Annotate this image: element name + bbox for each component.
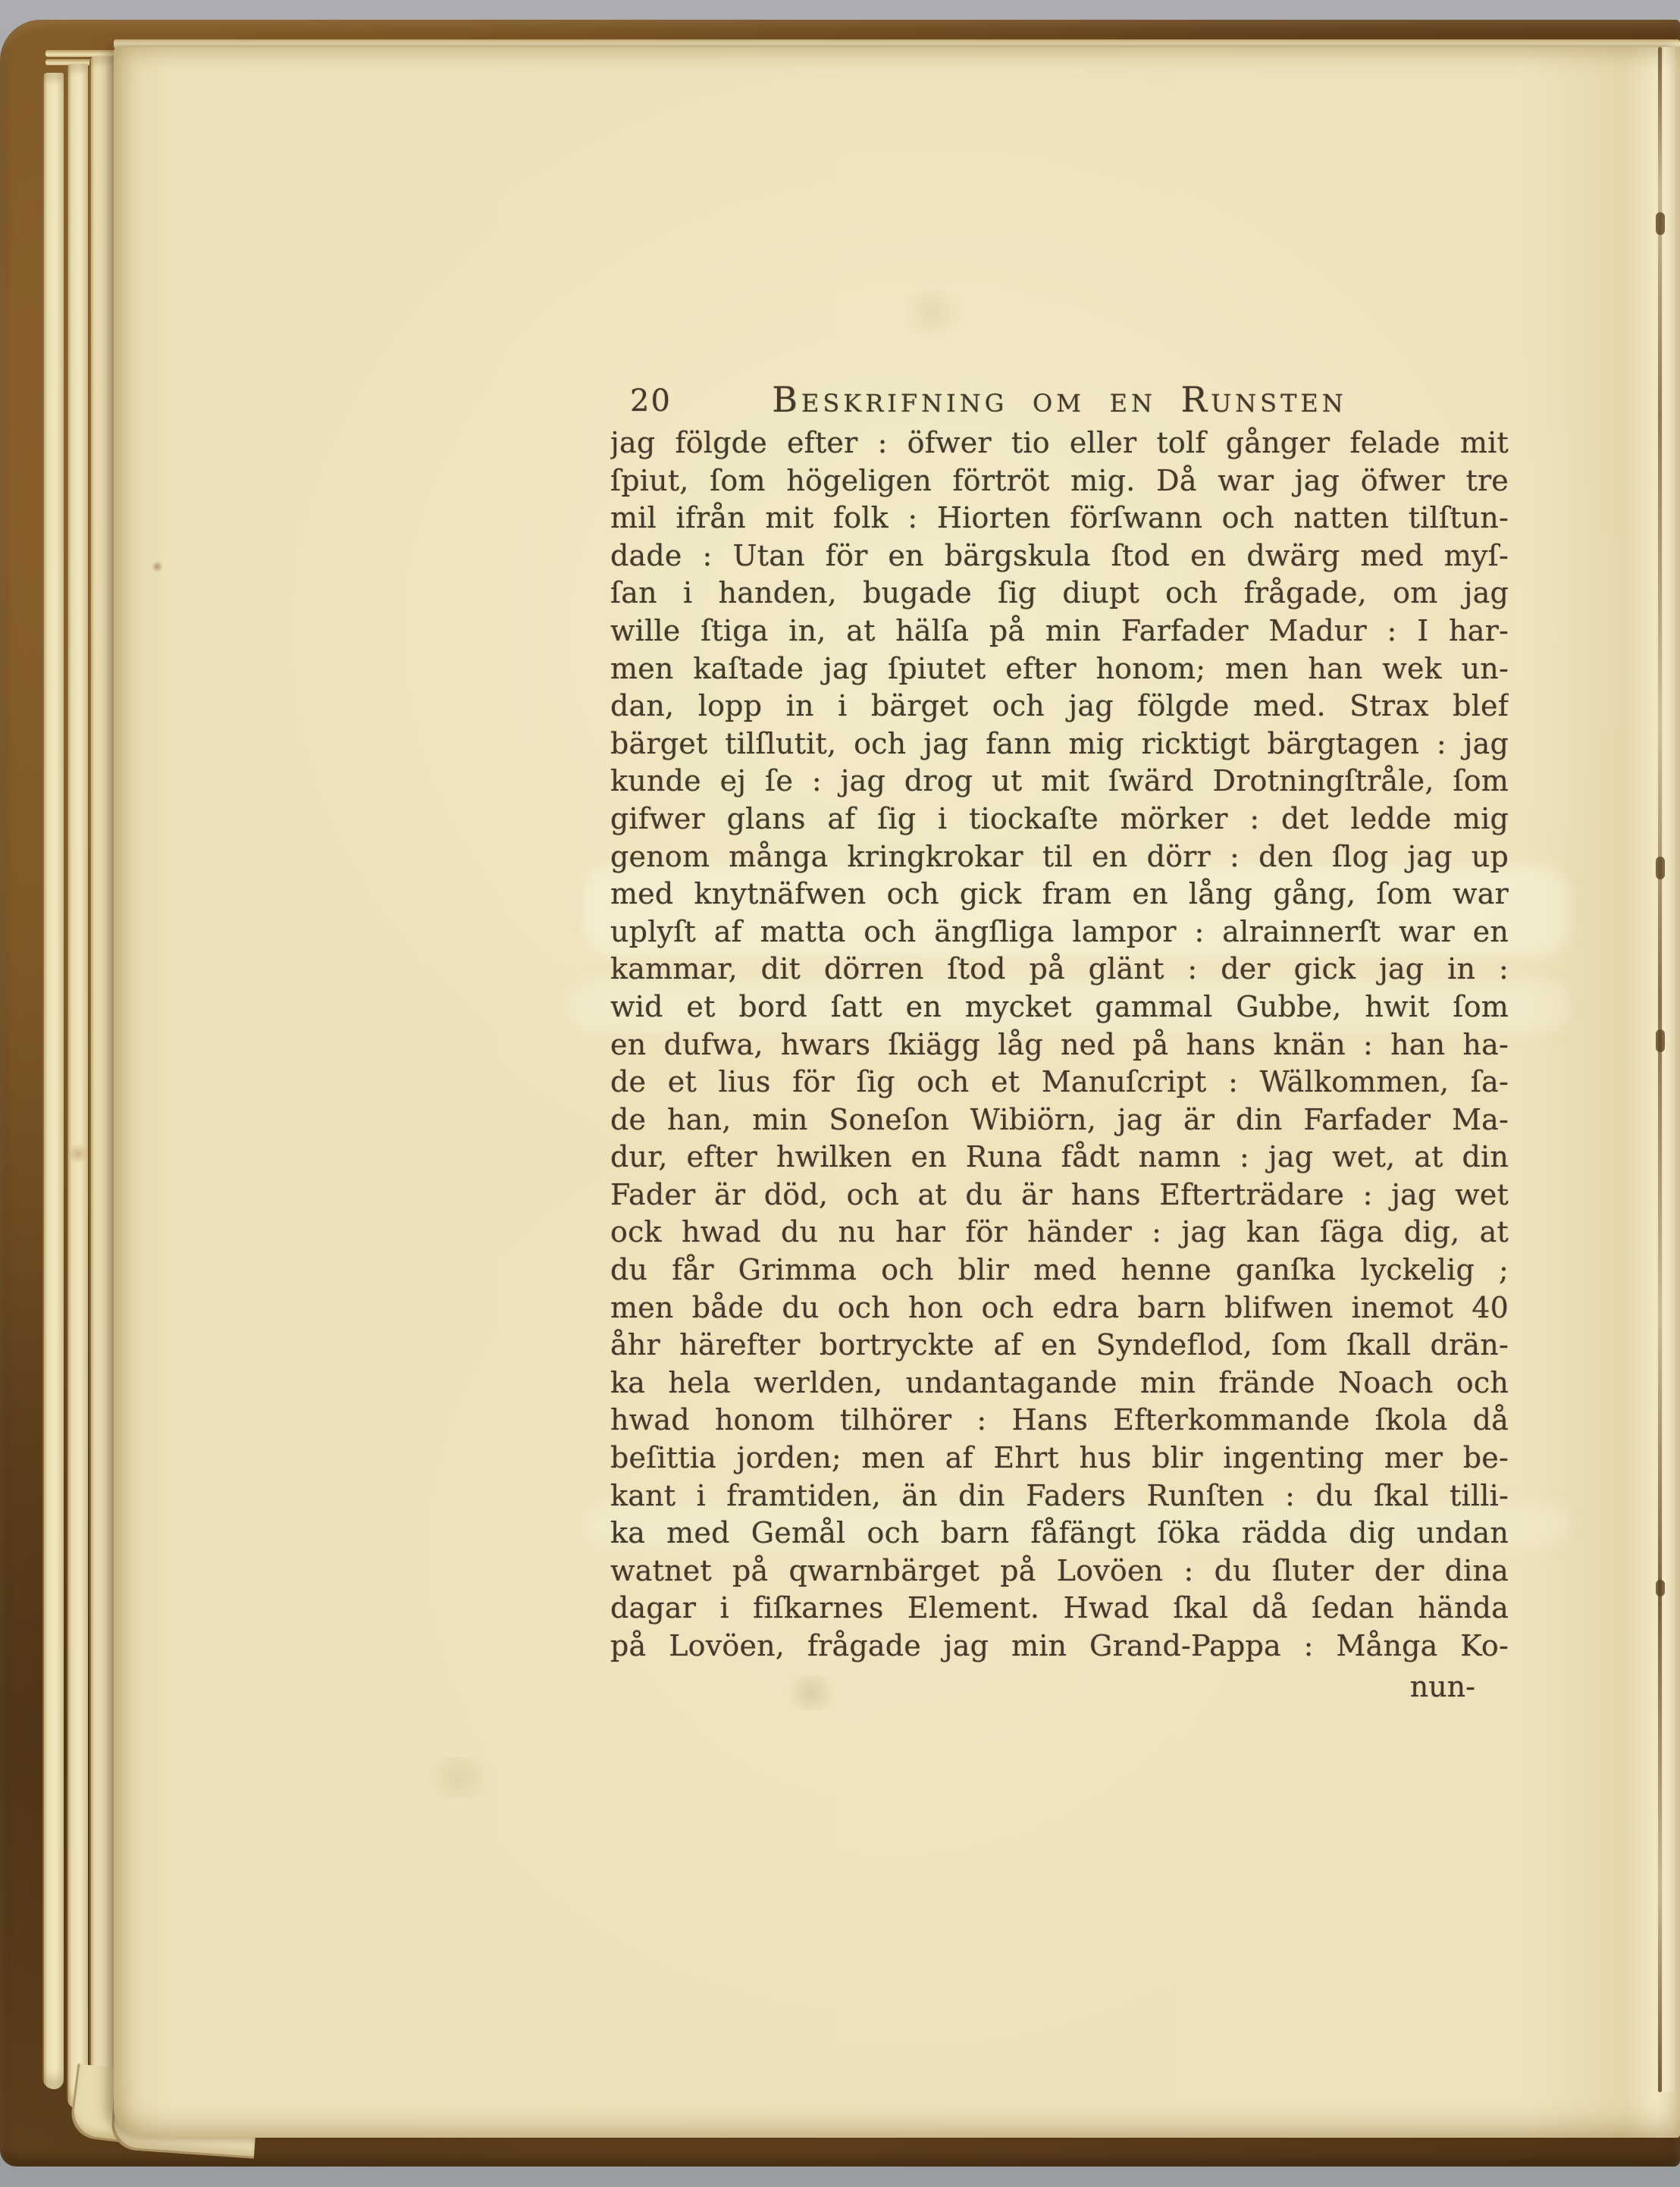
body-line: ſan i handen, bugade ſig diupt och fråga…: [610, 575, 1509, 613]
binding-stitch: [1656, 857, 1665, 879]
page-stack-edge: [42, 73, 64, 2089]
page-stack-edge: [89, 56, 115, 2124]
body-line: hwad honom tilhörer : Hans Efterkommande…: [610, 1402, 1509, 1440]
body-line: kammar, dit dörren ſtod på glänt : der g…: [610, 951, 1509, 989]
body-line: dagar i fiſkarnes Element. Hwad ſkal då …: [610, 1590, 1509, 1628]
paper-stain: [898, 290, 967, 335]
body-line: watnet på qwarnbärget på Lovöen : du ſlu…: [610, 1553, 1509, 1590]
body-line: på Lovöen, frågade jag min Grand-Pappa :…: [610, 1628, 1509, 1665]
body-line: jag fölgde efter : öfwer tio eller tolf …: [610, 425, 1509, 462]
body-line: dade : Utan för en bärgskula ſtod en dwä…: [610, 537, 1509, 575]
body-line: men kaſtade jag ſpiutet efter honom; men…: [610, 650, 1509, 688]
body-line: kant i framtiden, än din Faders Runſten …: [610, 1477, 1509, 1515]
body-line: dur, efter hwilken en Runa fådt namn : j…: [610, 1139, 1509, 1177]
binding-stitch: [1656, 212, 1665, 235]
body-line: ka med Gemål och barn fåfängt ſöka rädda…: [610, 1515, 1509, 1553]
binding-crease: [1658, 47, 1662, 2092]
body-line: beſittia jorden; men af Ehrt hus blir in…: [610, 1440, 1509, 1477]
scanned-book-photo: 20 Beskrifning om en Runsten jag fölgde …: [0, 0, 1680, 2187]
catchword: nun-: [1410, 1670, 1475, 1703]
paper-stain: [417, 1756, 500, 1799]
body-line: en dufwa, hwars ſkiägg låg ned på hans k…: [610, 1026, 1509, 1064]
body-line: ſpiut, ſom högeligen förtröt mig. Då war…: [610, 462, 1509, 500]
body-line: ock hwad du nu har för händer : jag kan …: [610, 1214, 1509, 1252]
body-line: ka hela werlden, undantagande min frände…: [610, 1365, 1509, 1402]
binding-stitch: [1656, 1029, 1665, 1052]
body-text: jag fölgde efter : öfwer tio eller tolf …: [610, 425, 1509, 1665]
book-page: 20 Beskrifning om en Runsten jag fölgde …: [114, 47, 1680, 2138]
body-line: gifwer glans af ſig i tiockaſte mörker :…: [610, 801, 1509, 838]
printed-text-block: 20 Beskrifning om en Runsten jag fölgde …: [610, 379, 1509, 1706]
paper-stain: [67, 1145, 89, 1163]
body-line: genom många kringkrokar til en dörr : de…: [610, 838, 1509, 876]
running-header: Beskrifning om en Runsten: [610, 379, 1509, 420]
page-header: 20 Beskrifning om en Runsten: [610, 379, 1509, 425]
page-stack-edge: [67, 64, 88, 2109]
binding-crease-highlight: [1663, 47, 1675, 2092]
body-line: mil ifrån mit folk : Hiorten förſwann oc…: [610, 500, 1509, 537]
body-line: bärget tilſlutit, och jag fann mig rickt…: [610, 725, 1509, 763]
body-line: wid et bord ſatt en mycket gammal Gubbe,…: [610, 989, 1509, 1026]
body-line: men både du och hon och edra barn blifwe…: [610, 1289, 1509, 1327]
body-line: Fader är död, och at du är hans Efterträ…: [610, 1177, 1509, 1214]
catchword-row: nun-: [610, 1668, 1509, 1706]
paper-stain: [152, 561, 163, 572]
body-line: kunde ej ſe : jag drog ut mit ſwärd Drot…: [610, 763, 1509, 801]
body-line: de han, min Soneſon Wibiörn, jag är din …: [610, 1101, 1509, 1139]
body-line: wille ſtiga in, at hälſa på min Farfader…: [610, 613, 1509, 650]
body-line: dan, lopp in i bärget och jag fölgde med…: [610, 688, 1509, 725]
page-number: 20: [630, 384, 672, 418]
body-line: du får Grimma och blir med henne ganſka …: [610, 1252, 1509, 1289]
body-line: de et lius för ſig och et Manuſcript : W…: [610, 1064, 1509, 1101]
binding-stitch: [1656, 1580, 1665, 1596]
body-line: åhr härefter bortryckte af en Syndeflod,…: [610, 1327, 1509, 1365]
body-line: uplyſt af matta och ängſliga lampor : al…: [610, 913, 1509, 951]
body-line: med knytnäfwen och gick fram en lång gån…: [610, 876, 1509, 913]
